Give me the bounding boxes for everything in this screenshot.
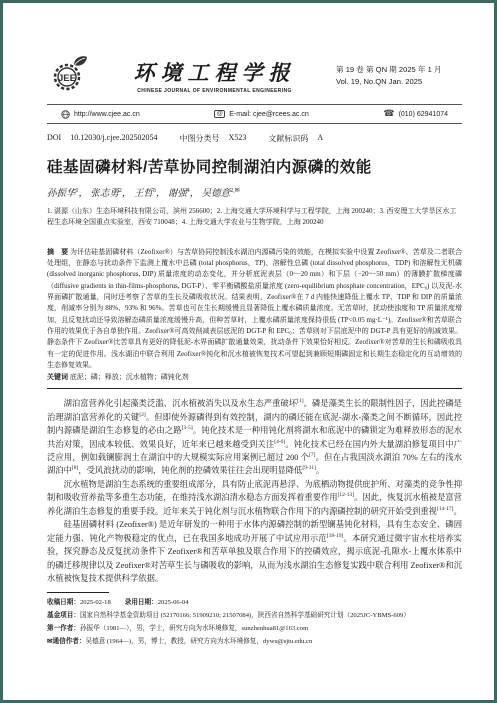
clc-pair: 中图分类号 X523 xyxy=(180,133,247,144)
issue-info-en: Vol. 19, No.QN Jan. 2025 xyxy=(336,76,462,88)
abstract-text: 为评估硅基固磷材料（Zeofixer®）与苦草协同控制浅水湖泊内源磷污染的效能，… xyxy=(47,248,462,369)
author-separator: ， xyxy=(122,189,132,199)
author: 吴德意2,✉ xyxy=(202,189,240,199)
keywords-text: 底泥；磷；释放；沉水植物；磷钝化剂 xyxy=(70,373,189,381)
corresponding-author-line: ✉通信作者：吴德意 (1964—)，男，博士，教授，研究方向为水环境修复，dyw… xyxy=(47,636,462,649)
issue-info: 第 19 卷 第 QN 期 2025 年 1 月 Vol. 19, No.QN … xyxy=(336,64,462,88)
keywords-line: 关键词 底泥；磷；释放；沉水植物；磷钝化剂 xyxy=(47,372,462,382)
affiliations: 1. 湛源（山东）生态环境科技有限公司，滨州 256600；2. 上海交通大学环… xyxy=(47,206,462,228)
doc-code-label: 文献标识码 xyxy=(268,133,308,144)
footnote-divider xyxy=(47,592,109,593)
author: 孙振华1 xyxy=(47,189,79,199)
footnotes: 收稿日期：2025-02-18录用日期：2025-06-04 基金项目：国家自然… xyxy=(47,597,462,648)
article-title: 硅基固磷材料/苦草协同控制湖泊内源磷的效能 xyxy=(47,155,462,177)
doc-code-value: A xyxy=(317,133,323,144)
website-url: http://www.cjee.ac.cn xyxy=(74,111,140,118)
author-separator: ， xyxy=(156,189,166,199)
body-paragraph: 沉水植物是湖泊生态系统的重要组成部分，具有防止底泥再悬浮、为底栖动物提供庇护所、… xyxy=(47,478,462,518)
website-item: http://www.cjee.ac.cn xyxy=(61,110,140,119)
first-author-line: 第一作者：孙振华（1981—），男，学士，研究方向为水环境修复，sunzhenh… xyxy=(47,623,462,636)
keywords-label: 关键词 xyxy=(47,373,68,381)
author: 张志勇2 xyxy=(90,189,122,199)
first-author-label: 第一作者： xyxy=(47,625,80,632)
body-text: 湖泊富营养化引起藻类泛滥、沉水植被消失以及水生态严重破坏[1]。磷是藻类生长的限… xyxy=(47,397,462,585)
section-divider xyxy=(47,388,462,389)
contact-bar: http://www.cjee.ac.cn @ E-mail: cjee@rce… xyxy=(47,104,462,124)
accepted-date: 2025-06-04 xyxy=(158,599,189,606)
first-author-text: 孙振华（1981—），男，学士，研究方向为水环境修复，sunzhenhua81@… xyxy=(80,625,308,632)
author: 谢强4 xyxy=(168,189,190,199)
fund-line: 基金项目：国家自然科学基金资助项目 (52170166; 51909210; 2… xyxy=(47,610,462,623)
phone-icon: ☎ xyxy=(383,109,394,119)
dates-line: 收稿日期：2025-02-18录用日期：2025-06-04 xyxy=(47,597,462,610)
fund-label: 基金项目： xyxy=(47,612,80,619)
corresponding-label: ✉通信作者： xyxy=(47,638,86,645)
phone-number: (010) 62941074 xyxy=(399,111,448,118)
paper-page: JEE 环境工程学报 CHINESE JOURNAL OF ENVIRONMEN… xyxy=(0,0,497,703)
body-paragraph: 湖泊富营养化引起藻类泛滥、沉水植被消失以及水生态严重破坏[1]。磷是藻类生长的限… xyxy=(47,397,462,478)
doi-label: DOI xyxy=(47,133,61,144)
email-icon: @ xyxy=(214,110,225,118)
fund-text: 国家自然科学基金资助项目 (52170166; 51909210; 215070… xyxy=(80,612,410,619)
received-date: 2025-02-18 xyxy=(80,599,111,606)
journal-logo: JEE xyxy=(47,53,99,98)
globe-icon xyxy=(61,110,70,119)
accepted-label: 录用日期： xyxy=(125,599,158,606)
journal-header: JEE 环境工程学报 CHINESE JOURNAL OF ENVIRONMEN… xyxy=(47,53,462,98)
clc-value: X523 xyxy=(229,133,247,144)
corresponding-text: 吴德意 (1964—)，男，博士，教授，研究方向为水环境修复，dywu@sjtu… xyxy=(86,638,313,645)
journal-name-block: 环境工程学报 CHINESE JOURNAL OF ENVIRONMENTAL … xyxy=(99,57,336,94)
author-line: 孙振华1， 张志勇2， 王哲3， 谢强4， 吴德意2,✉ xyxy=(47,185,462,199)
doi-row: DOI 10.12030/j.cjee.202502054 中图分类号 X523… xyxy=(47,133,462,144)
author-separator: ， xyxy=(190,189,200,199)
phone-item: ☎ (010) 62941074 xyxy=(383,109,448,119)
email-address: E-mail: cjee@rcees.ac.cn xyxy=(229,111,308,118)
doi-value: 10.12030/j.cjee.202502054 xyxy=(70,133,157,144)
received-label: 收稿日期： xyxy=(47,599,80,606)
author: 王哲3 xyxy=(134,189,156,199)
author-sup corresponding-author-mark: 2,✉ xyxy=(230,188,240,194)
author-separator: ， xyxy=(79,189,89,199)
gear-leaf-logo-icon: JEE xyxy=(47,53,93,93)
journal-name-cn: 环境工程学报 xyxy=(99,57,330,87)
doi-pair: DOI 10.12030/j.cjee.202502054 xyxy=(47,133,158,144)
body-paragraph: 硅基固磷材料 (Zeofixer®) 是近年研发的一种用于水体内源磷控制的新型镧… xyxy=(47,518,462,585)
journal-name-en: CHINESE JOURNAL OF ENVIRONMENTAL ENGINEE… xyxy=(99,88,330,94)
logo-text: JEE xyxy=(58,73,76,84)
abstract-label: 摘 要 xyxy=(47,248,68,256)
doc-code-pair: 文献标识码 A xyxy=(268,133,323,144)
clc-label: 中图分类号 xyxy=(180,133,220,144)
issue-info-cn: 第 19 卷 第 QN 期 2025 年 1 月 xyxy=(336,64,462,76)
abstract-block: 摘 要 为评估硅基固磷材料（Zeofixer®）与苦草协同控制浅水湖泊内源磷污染… xyxy=(47,247,462,372)
email-item: @ E-mail: cjee@rcees.ac.cn xyxy=(214,110,308,118)
